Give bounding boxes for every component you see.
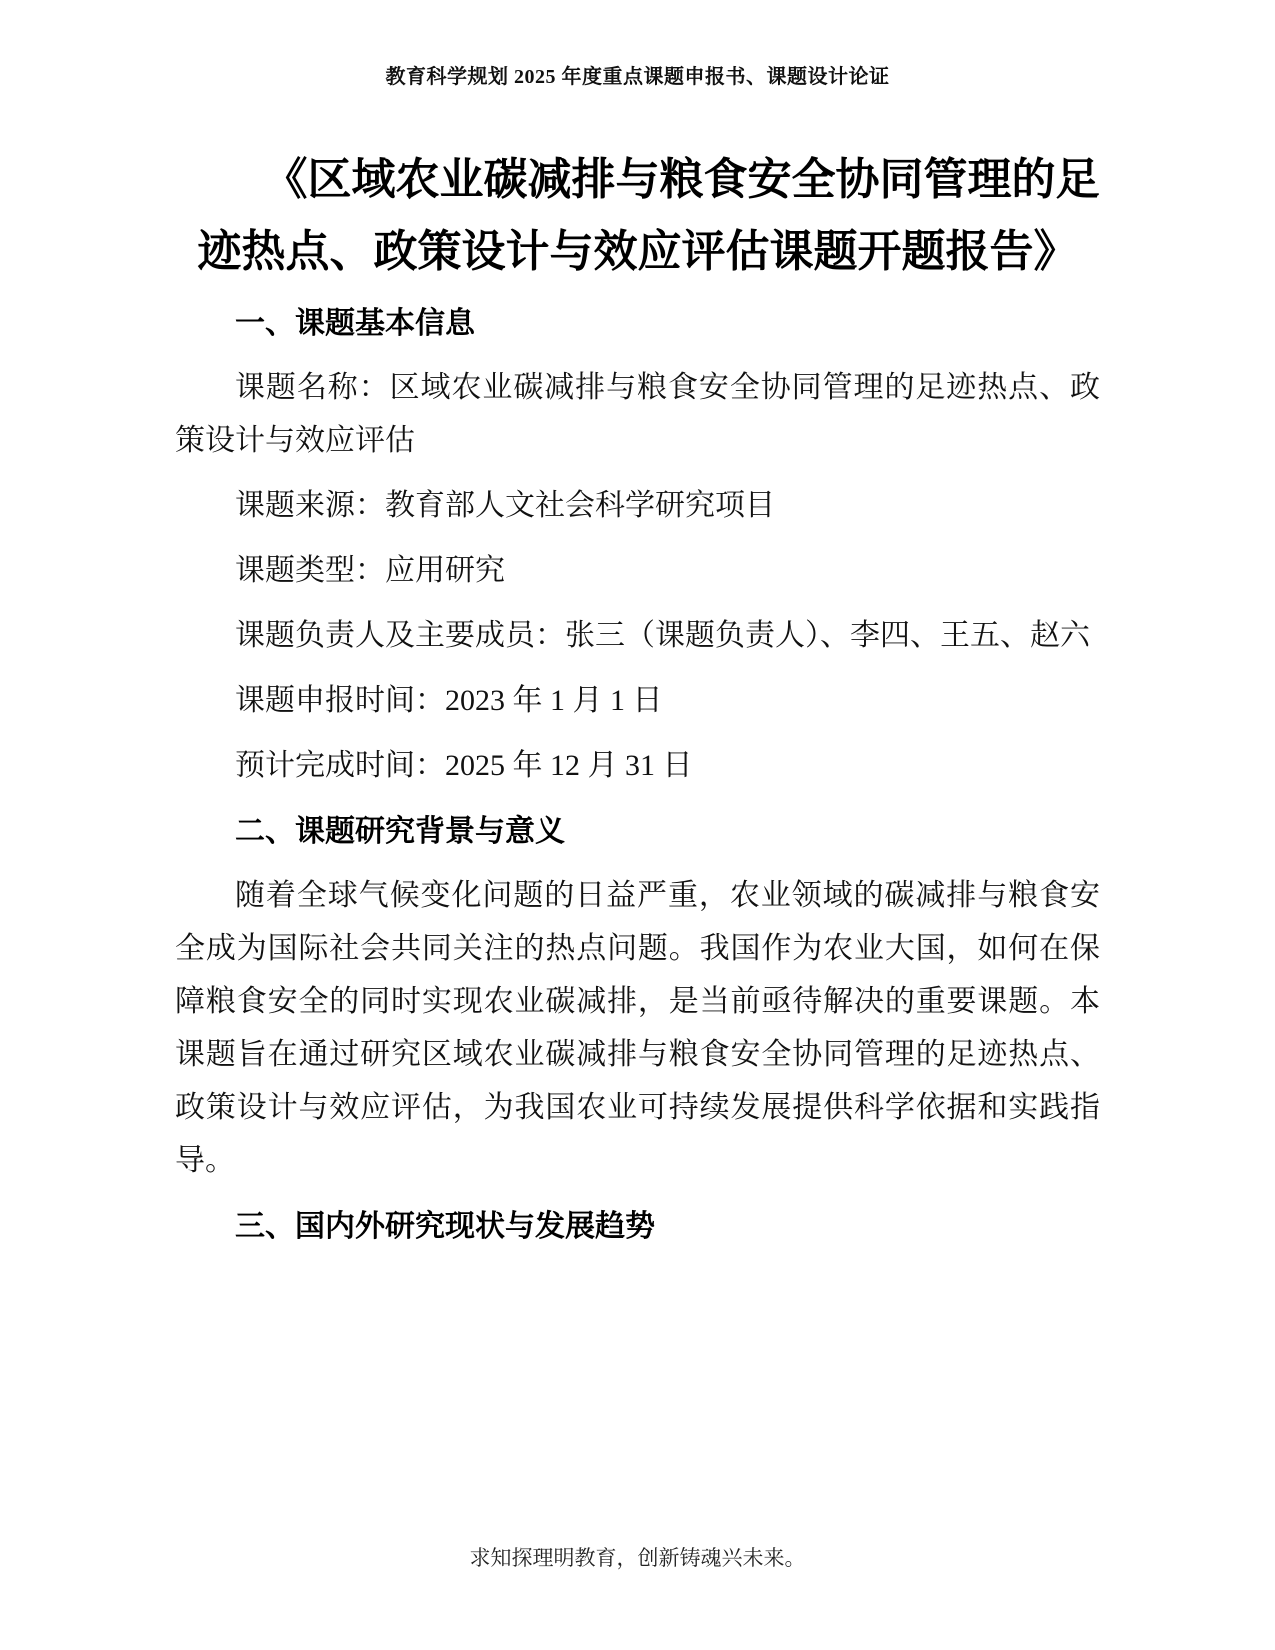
- paragraph-background: 随着全球气候变化问题的日益严重，农业领域的碳减排与粮食安全成为国际社会共同关注的…: [175, 869, 1100, 1187]
- section-background: 二、课题研究背景与意义 随着全球气候变化问题的日益严重，农业领域的碳减排与粮食安…: [175, 804, 1100, 1187]
- paragraph-topic-source: 课题来源：教育部人文社会科学研究项目: [175, 479, 1100, 532]
- section-heading-background: 二、课题研究背景与意义: [175, 804, 1100, 859]
- paragraph-finish-date: 预计完成时间：2025 年 12 月 31 日: [175, 739, 1100, 792]
- section-heading-basic-info: 一、课题基本信息: [175, 296, 1100, 351]
- document-page: 教育科学规划 2025 年度重点课题申报书、课题设计论证 《区域农业碳减排与粮食…: [0, 0, 1275, 1650]
- document-title: 《区域农业碳减排与粮食安全协同管理的足迹热点、政策设计与效应评估课题开题报告》: [175, 144, 1100, 288]
- page-header-note: 教育科学规划 2025 年度重点课题申报书、课题设计论证: [175, 64, 1100, 90]
- paragraph-topic-name: 课题名称：区域农业碳减排与粮食安全协同管理的足迹热点、政策设计与效应评估: [175, 361, 1100, 467]
- page-footer-slogan: 求知探理明教育，创新铸魂兴未来。: [0, 1542, 1275, 1572]
- document-body: 一、课题基本信息 课题名称：区域农业碳减排与粮食安全协同管理的足迹热点、政策设计…: [175, 296, 1100, 1254]
- paragraph-topic-members: 课题负责人及主要成员：张三（课题负责人）、李四、王五、赵六: [175, 609, 1100, 662]
- paragraph-apply-date: 课题申报时间：2023 年 1 月 1 日: [175, 674, 1100, 727]
- section-research-status: 三、国内外研究现状与发展趋势: [175, 1199, 1100, 1254]
- section-heading-research-status: 三、国内外研究现状与发展趋势: [175, 1199, 1100, 1254]
- paragraph-topic-type: 课题类型：应用研究: [175, 544, 1100, 597]
- section-basic-info: 一、课题基本信息 课题名称：区域农业碳减排与粮食安全协同管理的足迹热点、政策设计…: [175, 296, 1100, 792]
